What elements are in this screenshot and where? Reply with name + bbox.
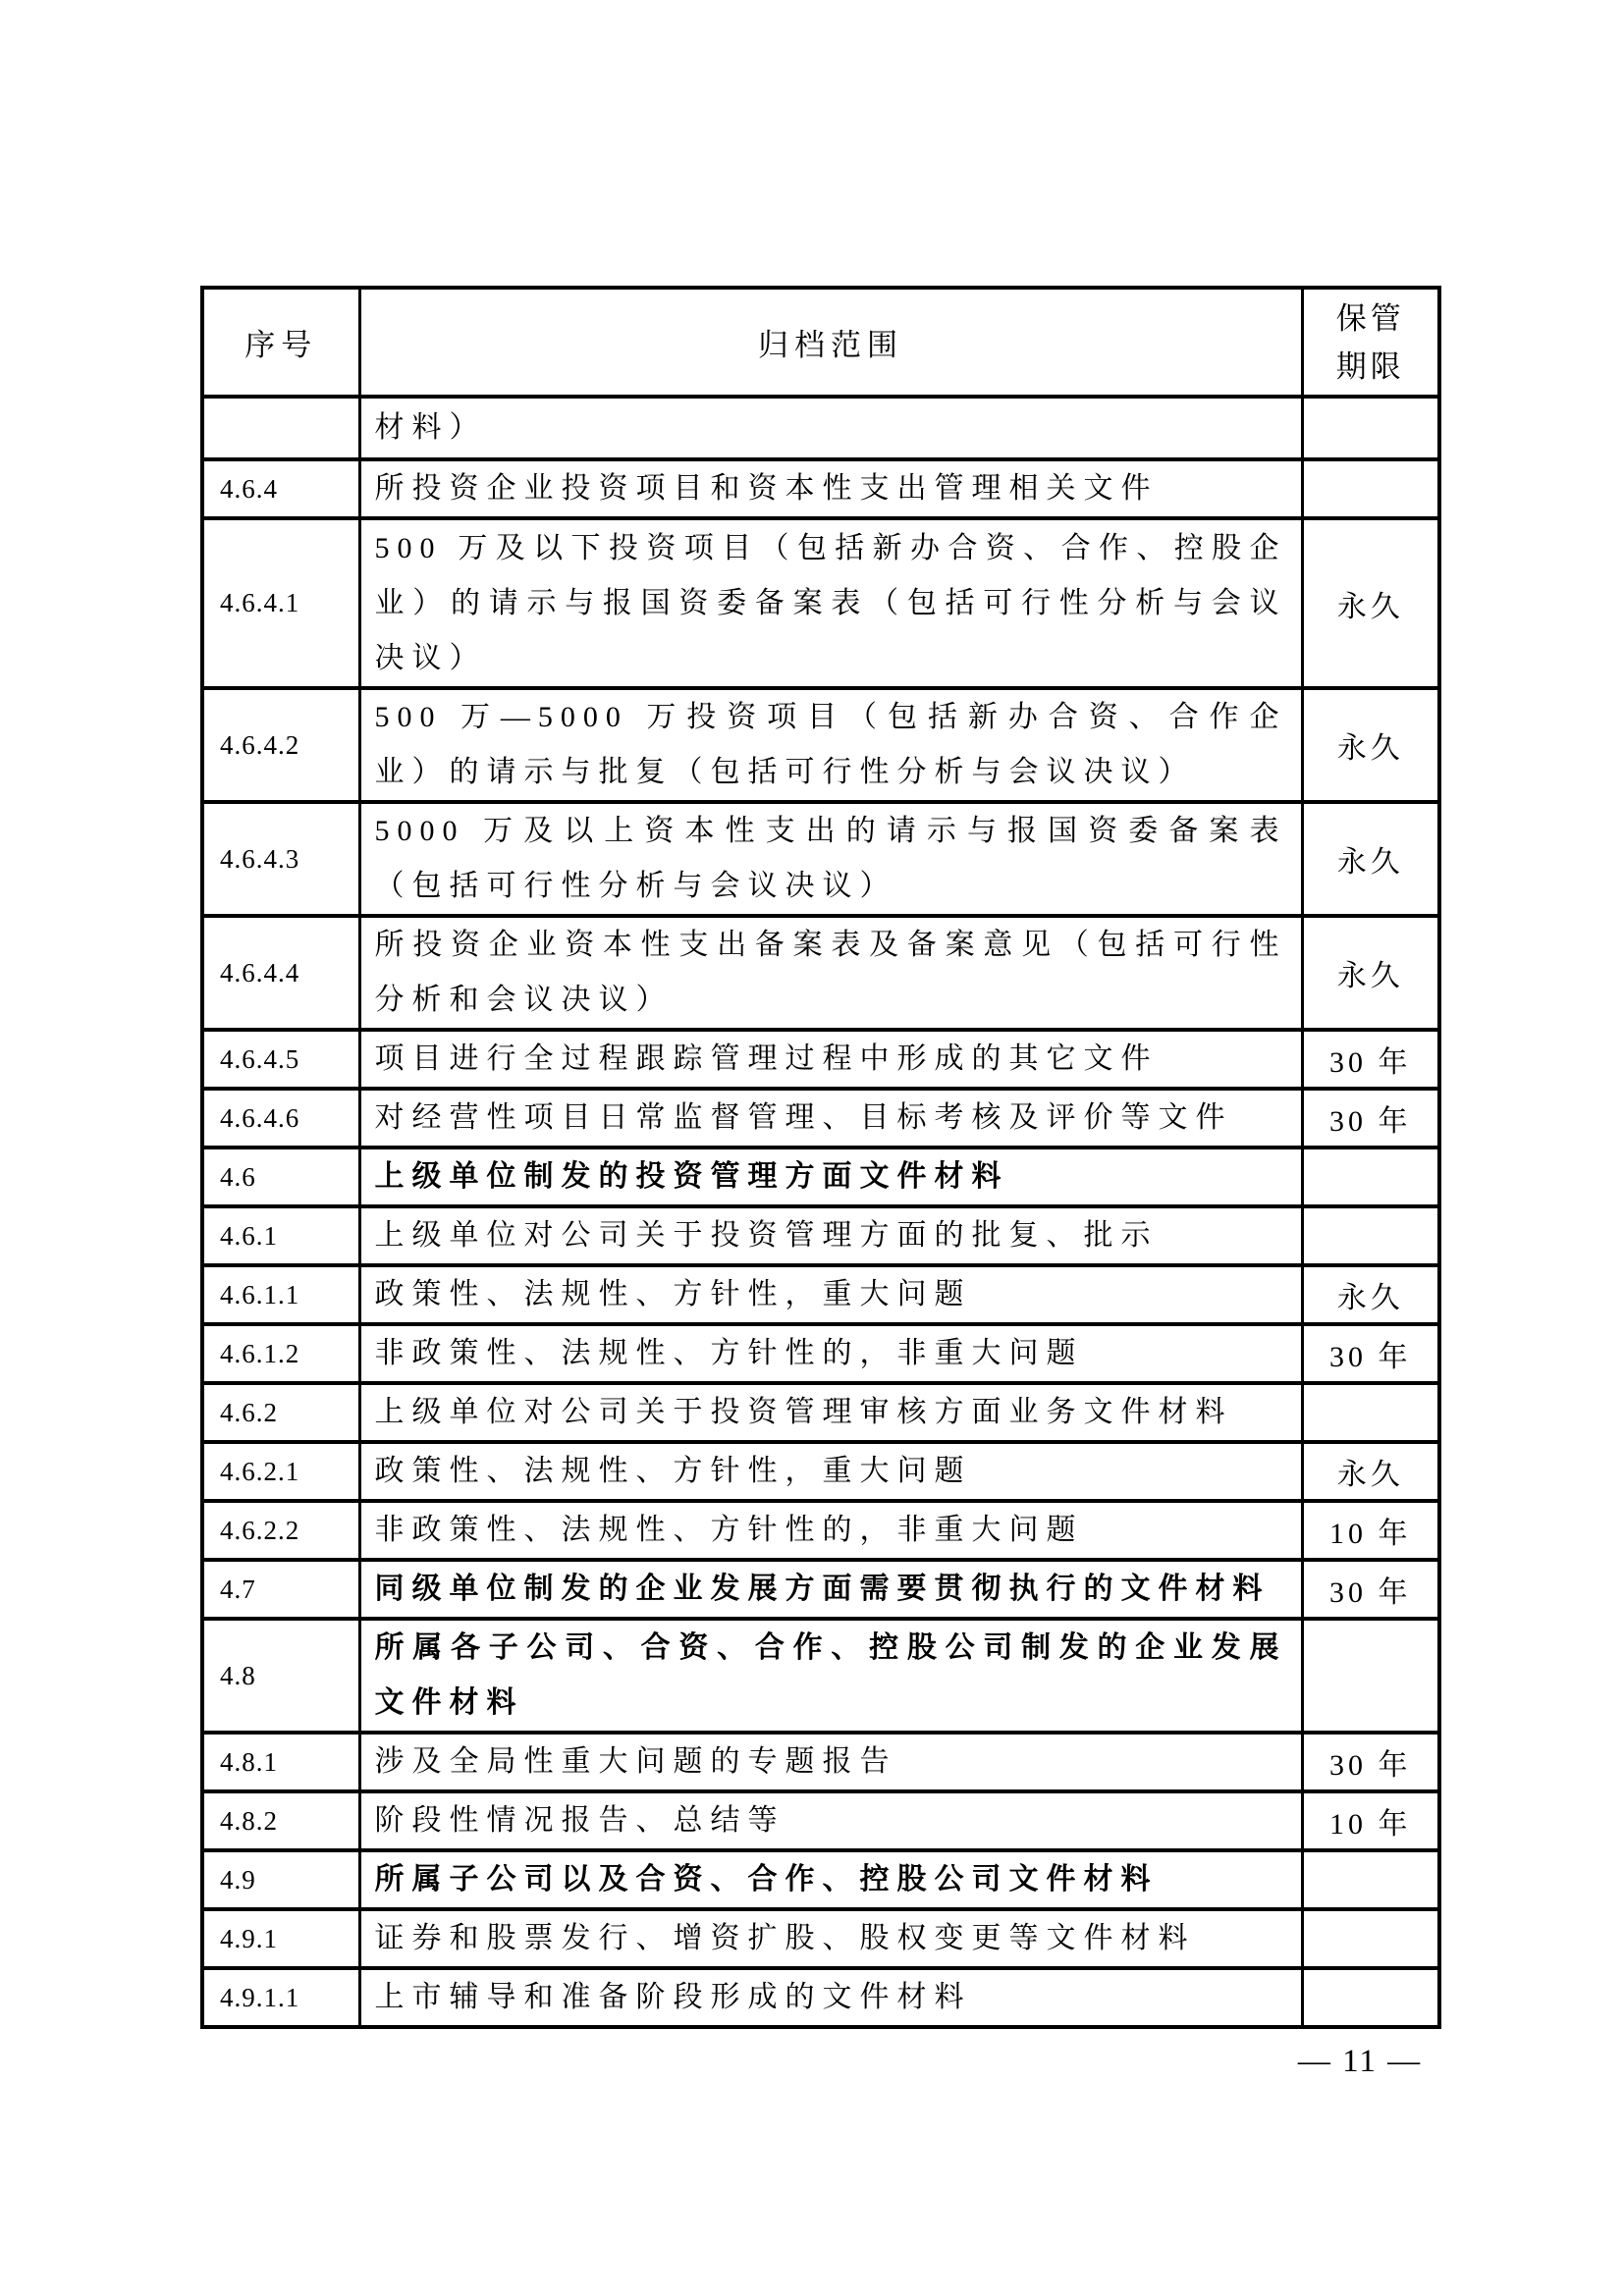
row-number: 4.6.4	[202, 459, 359, 518]
row-scope: 阶段性情况报告、总结等	[359, 1791, 1302, 1850]
row-number: 4.6.2	[202, 1383, 359, 1442]
document-page: 序号 归档范围 保管 期限 材料） 4.6.4 所投资企业投资项目和资本性支出管…	[0, 0, 1624, 2296]
row-number: 4.8.2	[202, 1791, 359, 1850]
header-retention-line2: 期限	[1304, 343, 1438, 391]
row-number: 4.6.4.3	[202, 802, 359, 916]
row-scope: 涉及全局性重大问题的专题报告	[359, 1733, 1302, 1791]
row-period: 30 年	[1302, 1324, 1439, 1383]
row-period: 永久	[1302, 688, 1439, 802]
header-serial-number: 序号	[202, 288, 359, 397]
row-number: 4.7	[202, 1560, 359, 1619]
table-row: 4.6.4 所投资企业投资项目和资本性支出管理相关文件	[202, 459, 1439, 518]
row-period	[1302, 1968, 1439, 2027]
row-period: 永久	[1302, 916, 1439, 1030]
table-row: 4.9 所属子公司以及合资、合作、控股公司文件材料	[202, 1850, 1439, 1909]
row-period: 30 年	[1302, 1089, 1439, 1148]
row-scope: 上级单位对公司关于投资管理审核方面业务文件材料	[359, 1383, 1302, 1442]
table-row: 4.6.4.6 对经营性项目日常监督管理、目标考核及评价等文件 30 年	[202, 1089, 1439, 1148]
table-row: 4.6.1.2 非政策性、法规性、方针性的，非重大问题 30 年	[202, 1324, 1439, 1383]
row-scope: 同级单位制发的企业发展方面需要贯彻执行的文件材料	[359, 1560, 1302, 1619]
row-period: 30 年	[1302, 1030, 1439, 1089]
table-row: 4.6.4.1 500 万及以下投资项目（包括新办合资、合作、控股企业）的请示与…	[202, 518, 1439, 688]
row-period: 永久	[1302, 518, 1439, 688]
row-scope: 所属各子公司、合资、合作、控股公司制发的企业发展文件材料	[359, 1619, 1302, 1733]
table-row: 4.6.4.5 项目进行全过程跟踪管理过程中形成的其它文件 30 年	[202, 1030, 1439, 1089]
row-number: 4.6.2.2	[202, 1501, 359, 1560]
table-row: 4.6.2.1 政策性、法规性、方针性，重大问题 永久	[202, 1442, 1439, 1501]
row-number: 4.6.1.1	[202, 1265, 359, 1324]
row-period: 10 年	[1302, 1791, 1439, 1850]
row-number: 4.6.4.2	[202, 688, 359, 802]
row-scope: 非政策性、法规性、方针性的，非重大问题	[359, 1501, 1302, 1560]
table-row: 4.6.4.3 5000 万及以上资本性支出的请示与报国资委备案表（包括可行性分…	[202, 802, 1439, 916]
table-row: 4.6.2.2 非政策性、法规性、方针性的，非重大问题 10 年	[202, 1501, 1439, 1560]
row-scope: 所投资企业投资项目和资本性支出管理相关文件	[359, 459, 1302, 518]
row-number: 4.6.4.6	[202, 1089, 359, 1148]
row-number: 4.6.1.2	[202, 1324, 359, 1383]
page-number: — 11 —	[1262, 2044, 1458, 2080]
row-period: 永久	[1302, 1442, 1439, 1501]
row-period: 永久	[1302, 1265, 1439, 1324]
row-scope: 项目进行全过程跟踪管理过程中形成的其它文件	[359, 1030, 1302, 1089]
table-row: 4.9.1 证券和股票发行、增资扩股、股权变更等文件材料	[202, 1909, 1439, 1968]
row-period	[1302, 1850, 1439, 1909]
row-period	[1302, 1206, 1439, 1265]
row-number: 4.9	[202, 1850, 359, 1909]
table-row: 4.7 同级单位制发的企业发展方面需要贯彻执行的文件材料 30 年	[202, 1560, 1439, 1619]
row-scope: 政策性、法规性、方针性，重大问题	[359, 1265, 1302, 1324]
row-number: 4.6.4.5	[202, 1030, 359, 1089]
row-number: 4.8.1	[202, 1733, 359, 1791]
row-period: 永久	[1302, 802, 1439, 916]
row-scope: 所投资企业资本性支出备案表及备案意见（包括可行性分析和会议决议）	[359, 916, 1302, 1030]
row-number: 4.6.4.1	[202, 518, 359, 688]
row-scope: 材料）	[359, 397, 1302, 459]
table-row: 4.9.1.1 上市辅导和准备阶段形成的文件材料	[202, 1968, 1439, 2027]
table-row: 4.6.4.2 500 万—5000 万投资项目（包括新办合资、合作企业）的请示…	[202, 688, 1439, 802]
row-period: 10 年	[1302, 1501, 1439, 1560]
row-period: 30 年	[1302, 1733, 1439, 1791]
table-row: 材料）	[202, 397, 1439, 459]
table-row: 4.6.4.4 所投资企业资本性支出备案表及备案意见（包括可行性分析和会议决议）…	[202, 916, 1439, 1030]
table-row: 4.6.1.1 政策性、法规性、方针性，重大问题 永久	[202, 1265, 1439, 1324]
row-scope: 所属子公司以及合资、合作、控股公司文件材料	[359, 1850, 1302, 1909]
row-number: 4.6.2.1	[202, 1442, 359, 1501]
row-period	[1302, 1909, 1439, 1968]
row-scope: 上市辅导和准备阶段形成的文件材料	[359, 1968, 1302, 2027]
table-header-row: 序号 归档范围 保管 期限	[202, 288, 1439, 397]
row-scope: 对经营性项目日常监督管理、目标考核及评价等文件	[359, 1089, 1302, 1148]
row-number: 4.8	[202, 1619, 359, 1733]
row-scope: 上级单位对公司关于投资管理方面的批复、批示	[359, 1206, 1302, 1265]
row-scope: 5000 万及以上资本性支出的请示与报国资委备案表（包括可行性分析与会议决议）	[359, 802, 1302, 916]
row-period	[1302, 1383, 1439, 1442]
header-retention-line1: 保管	[1304, 294, 1438, 343]
row-scope: 上级单位制发的投资管理方面文件材料	[359, 1148, 1302, 1206]
row-scope: 非政策性、法规性、方针性的，非重大问题	[359, 1324, 1302, 1383]
table-row: 4.8.1 涉及全局性重大问题的专题报告 30 年	[202, 1733, 1439, 1791]
row-number: 4.6	[202, 1148, 359, 1206]
row-number: 4.6.4.4	[202, 916, 359, 1030]
row-scope: 证券和股票发行、增资扩股、股权变更等文件材料	[359, 1909, 1302, 1968]
row-number	[202, 397, 359, 459]
row-period: 30 年	[1302, 1560, 1439, 1619]
row-period	[1302, 397, 1439, 459]
row-number: 4.6.1	[202, 1206, 359, 1265]
table-row: 4.6.1 上级单位对公司关于投资管理方面的批复、批示	[202, 1206, 1439, 1265]
table-row: 4.8 所属各子公司、合资、合作、控股公司制发的企业发展文件材料	[202, 1619, 1439, 1733]
row-period	[1302, 459, 1439, 518]
row-scope: 500 万及以下投资项目（包括新办合资、合作、控股企业）的请示与报国资委备案表（…	[359, 518, 1302, 688]
row-scope: 政策性、法规性、方针性，重大问题	[359, 1442, 1302, 1501]
archive-scope-table: 序号 归档范围 保管 期限 材料） 4.6.4 所投资企业投资项目和资本性支出管…	[200, 286, 1441, 2029]
row-scope: 500 万—5000 万投资项目（包括新办合资、合作企业）的请示与批复（包括可行…	[359, 688, 1302, 802]
table-row: 4.6 上级单位制发的投资管理方面文件材料	[202, 1148, 1439, 1206]
header-retention-period: 保管 期限	[1302, 288, 1439, 397]
row-number: 4.9.1	[202, 1909, 359, 1968]
row-number: 4.9.1.1	[202, 1968, 359, 2027]
row-period	[1302, 1619, 1439, 1733]
header-archive-scope: 归档范围	[359, 288, 1302, 397]
row-period	[1302, 1148, 1439, 1206]
table-row: 4.6.2 上级单位对公司关于投资管理审核方面业务文件材料	[202, 1383, 1439, 1442]
table-row: 4.8.2 阶段性情况报告、总结等 10 年	[202, 1791, 1439, 1850]
